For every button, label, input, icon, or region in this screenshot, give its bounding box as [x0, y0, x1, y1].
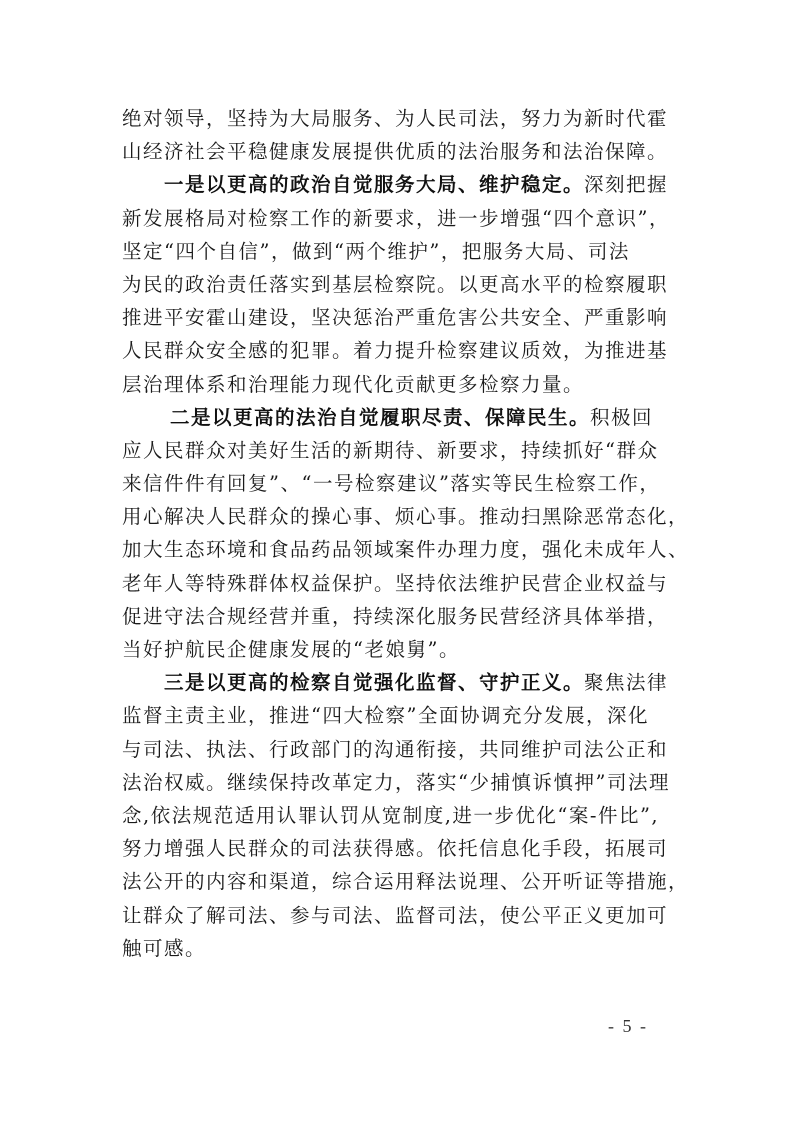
text-line: 法治权威。继续保持改革定力，落实“少捕慎诉慎押”司法理 — [122, 766, 682, 799]
text-line: 法公开的内容和渠道，综合运用释法说理、公开听证等措施， — [122, 865, 682, 898]
text-line: 层治理体系和治理能力现代化贡献更多检察力量。 — [122, 368, 682, 401]
paragraph-point-one: 一是以更高的政治自觉服务大局、维护稳定。深刻把握 新发展格局对检察工作的新要求，… — [122, 168, 682, 400]
heading-line: 一是以更高的政治自觉服务大局、维护稳定。深刻把握 — [122, 168, 682, 201]
text-line: 应人民群众对美好生活的新期待、新要求，持续抓好“群众 — [122, 434, 682, 467]
page-number: - 5 - — [608, 1016, 648, 1037]
text-line: 老年人等特殊群体权益保护。坚持依法维护民营企业权益与 — [122, 567, 682, 600]
text-line: 当好护航民企健康发展的“老娘舅”。 — [122, 633, 682, 666]
text-line: 加大生态环境和食品药品领域案件办理力度，强化未成年人、 — [122, 533, 682, 566]
section-heading: 三是以更高的检察自觉强化监督、守护正义。 — [164, 671, 584, 694]
text-fragment: 深刻把握 — [584, 173, 668, 196]
text-fragment: 聚焦法律 — [584, 671, 668, 694]
text-line: 山经济社会平稳健康发展提供优质的法治服务和法治保障。 — [122, 135, 682, 168]
text-line: 让群众了解司法、参与司法、监督司法，使公平正义更加可 — [122, 899, 682, 932]
text-line: 推进平安霍山建设，坚决惩治严重危害公共安全、严重影响 — [122, 301, 682, 334]
section-heading: 二是以更高的法治自觉履职尽责、保障民生。 — [170, 406, 590, 429]
section-heading: 一是以更高的政治自觉服务大局、维护稳定。 — [164, 173, 584, 196]
text-line: 用心解决人民群众的操心事、烦心事。推动扫黑除恶常态化， — [122, 500, 682, 533]
heading-line: 二是以更高的法治自觉履职尽责、保障民生。积极回 — [122, 401, 682, 434]
text-fragment: 积极回 — [590, 406, 653, 429]
text-line: 监督主责主业，推进“四大检察”全面协调充分发展，深化 — [122, 699, 682, 732]
document-page: 绝对领导，坚持为大局服务、为人民司法，努力为新时代霍 山经济社会平稳健康发展提供… — [0, 0, 793, 1122]
text-line: 触可感。 — [122, 932, 682, 965]
text-line: 新发展格局对检察工作的新要求，进一步增强“四个意识”， — [122, 202, 682, 235]
text-line: 绝对领导，坚持为大局服务、为人民司法，努力为新时代霍 — [122, 102, 682, 135]
document-body: 绝对领导，坚持为大局服务、为人民司法，努力为新时代霍 山经济社会平稳健康发展提供… — [122, 102, 682, 965]
text-line: 坚定“四个自信”，做到“两个维护”，把服务大局、司法 — [122, 235, 682, 268]
text-line: 为民的政治责任落实到基层检察院。以更高水平的检察履职 — [122, 268, 682, 301]
text-line: 来信件件有回复”、“一号检察建议”落实等民生检察工作， — [122, 467, 682, 500]
text-line: 与司法、执法、行政部门的沟通衔接，共同维护司法公正和 — [122, 733, 682, 766]
text-line: 念,依法规范适用认罪认罚从宽制度,进一步优化“案-件比”, — [122, 799, 682, 832]
paragraph-point-two: 二是以更高的法治自觉履职尽责、保障民生。积极回 应人民群众对美好生活的新期待、新… — [122, 401, 682, 667]
paragraph-point-three: 三是以更高的检察自觉强化监督、守护正义。聚焦法律 监督主责主业，推进“四大检察”… — [122, 666, 682, 965]
text-line: 促进守法合规经营并重，持续深化服务民营经济具体举措， — [122, 600, 682, 633]
paragraph-intro: 绝对领导，坚持为大局服务、为人民司法，努力为新时代霍 山经济社会平稳健康发展提供… — [122, 102, 682, 168]
text-line: 努力增强人民群众的司法获得感。依托信息化手段，拓展司 — [122, 832, 682, 865]
heading-line: 三是以更高的检察自觉强化监督、守护正义。聚焦法律 — [122, 666, 682, 699]
text-line: 人民群众安全感的犯罪。着力提升检察建议质效，为推进基 — [122, 334, 682, 367]
